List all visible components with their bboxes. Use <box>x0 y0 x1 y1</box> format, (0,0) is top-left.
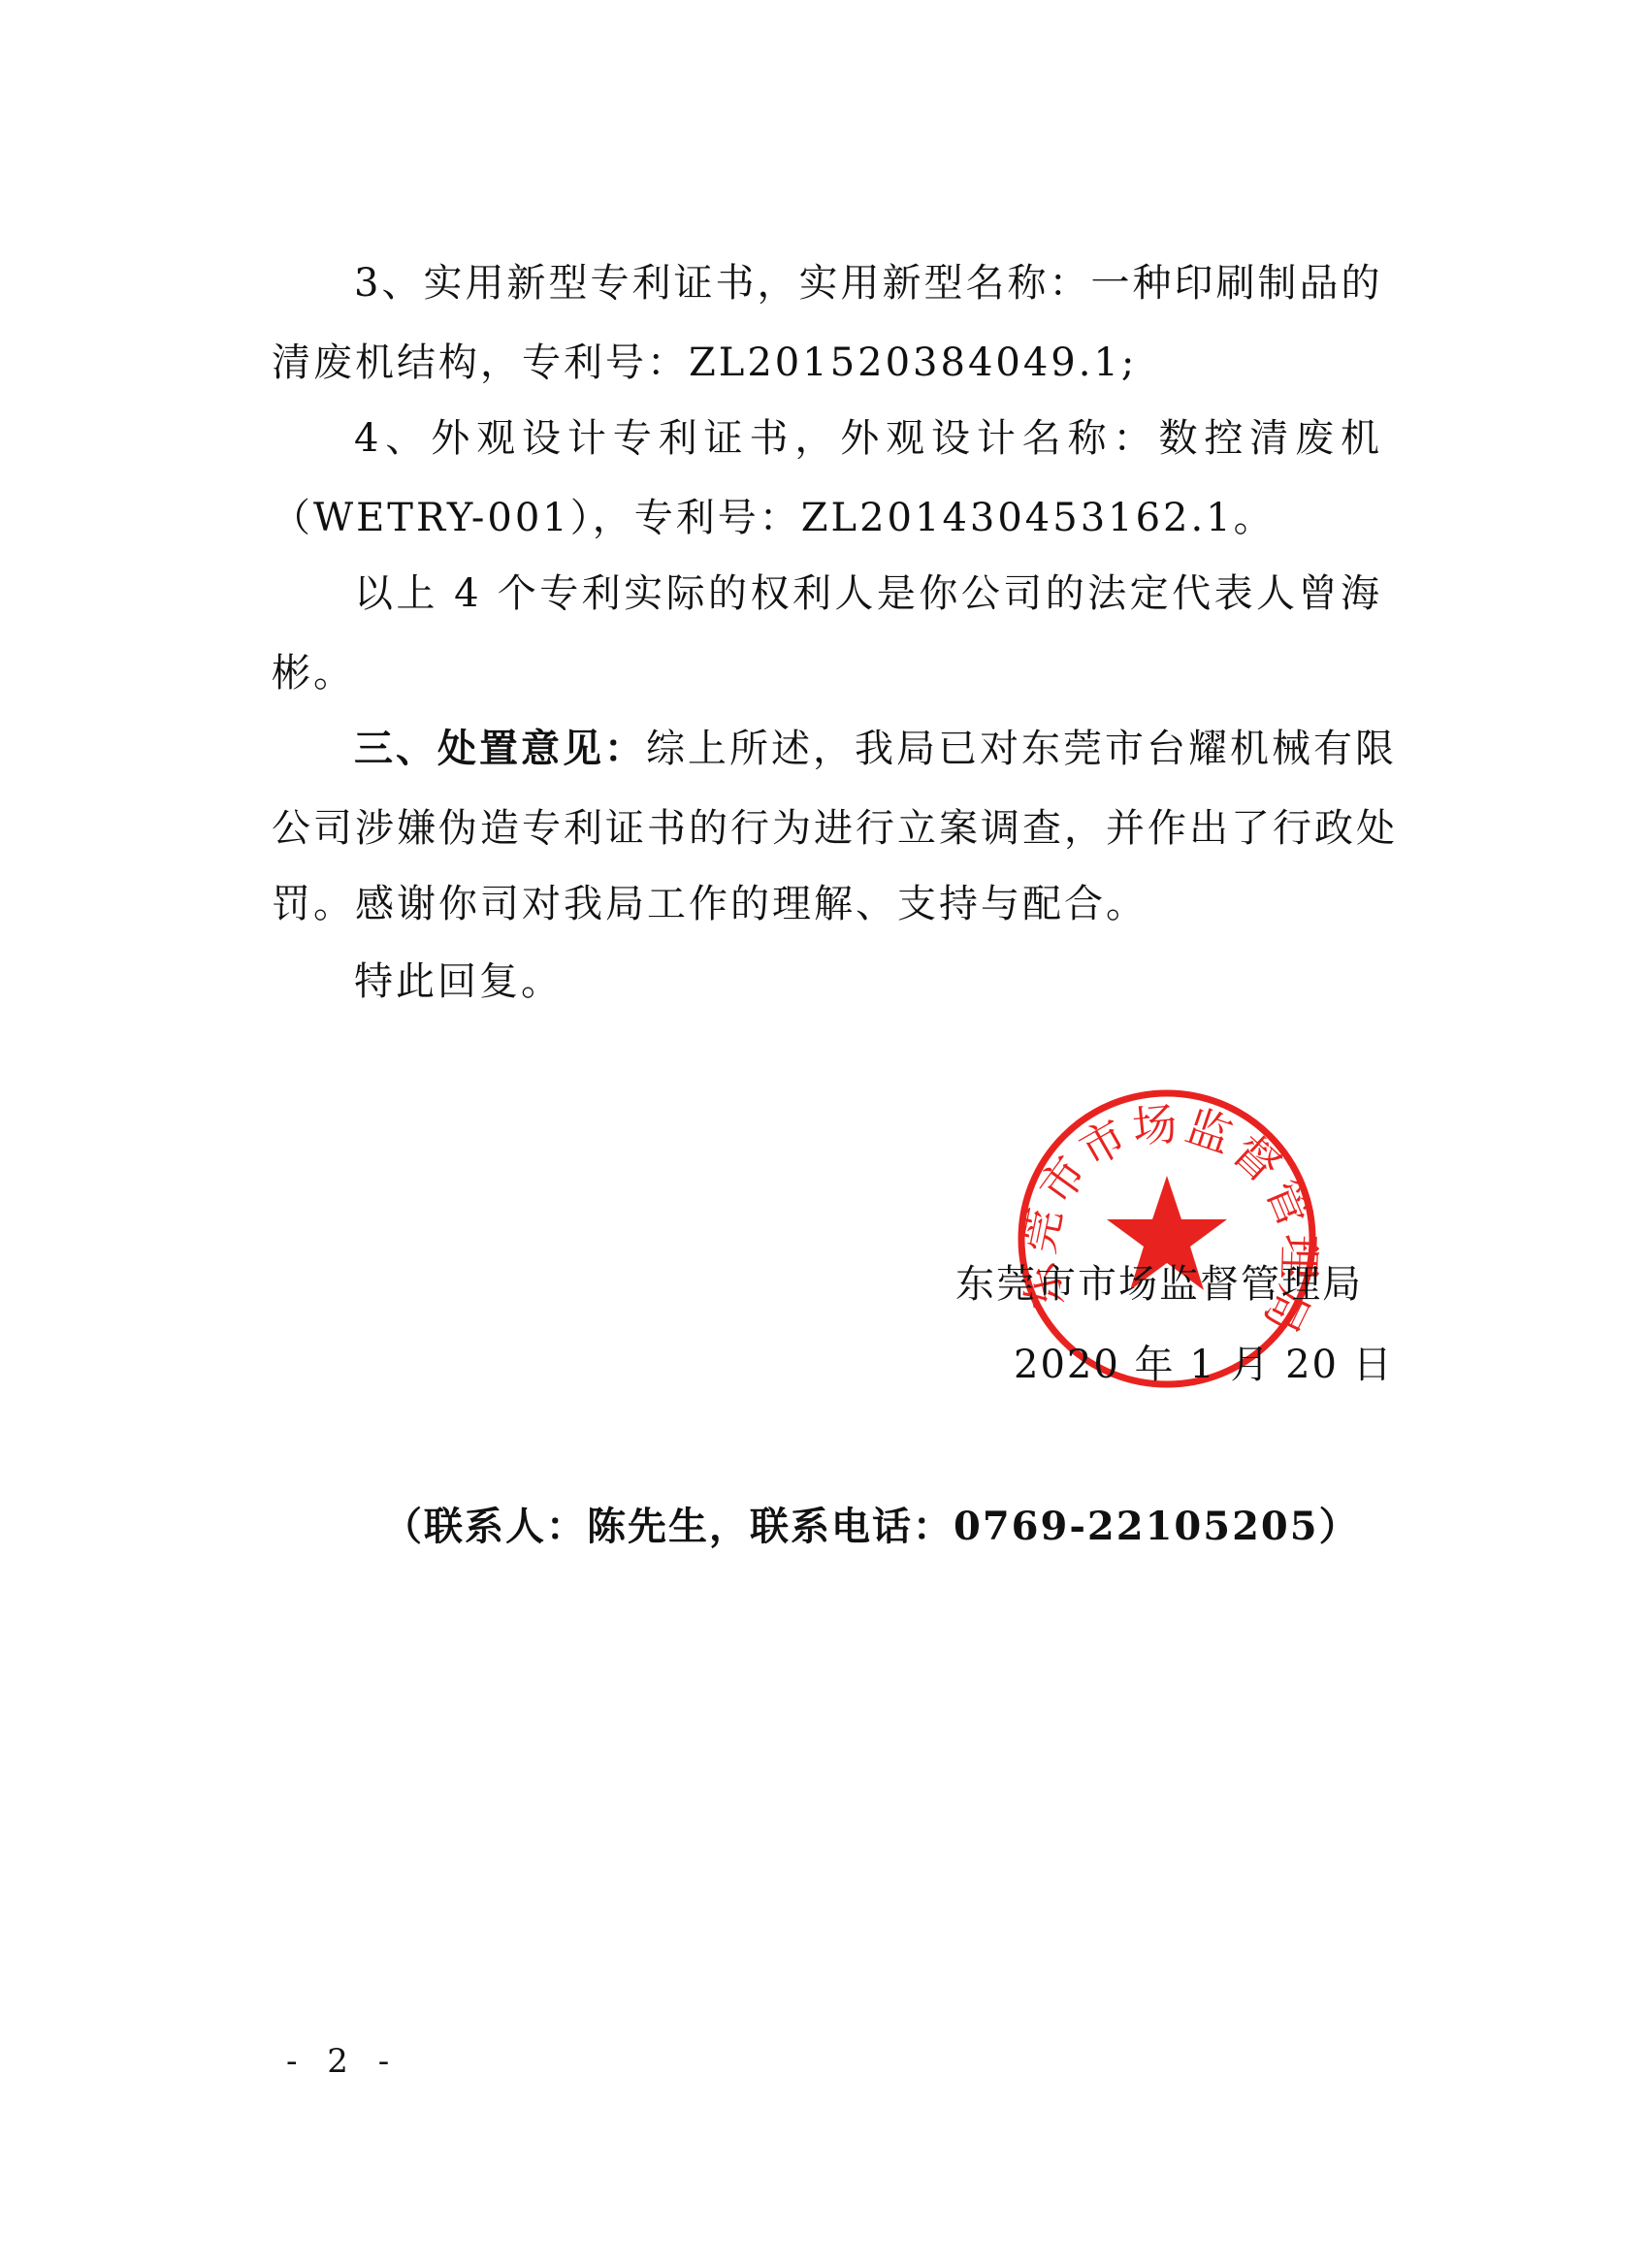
paragraph-rights-holder-line-2: 彬。 <box>272 650 1382 697</box>
signature-date: 2020 年 1 月 20 日 <box>1014 1342 1394 1388</box>
paragraph-item-4-line-1: 4、外观设计专利证书，外观设计名称：数控清废机 <box>354 415 1382 462</box>
paragraph-item-3-line-2: 清废机结构，专利号：ZL201520384049.1; <box>272 340 1382 386</box>
paragraph-item-3-line-1: 3、实用新型专利证书，实用新型名称：一种印刷制品的 <box>354 260 1382 307</box>
paragraph-disposition-line-2: 公司涉嫌伪造专利证书的行为进行立案调查，并作出了行政处 <box>272 805 1382 852</box>
page-number: - 2 - <box>286 2042 399 2081</box>
section-heading-disposition: 三、处置意见： <box>354 726 646 771</box>
paragraph-disposition-line-3: 罚。感谢你司对我局工作的理解、支持与配合。 <box>272 881 1382 927</box>
paragraph-rights-holder-line-1: 以上 4 个专利实际的权利人是你公司的法定代表人曾海 <box>354 570 1382 617</box>
paragraph-item-4-line-2: （WETRY-001），专利号：ZL201430453162.1。 <box>272 495 1382 541</box>
document-page: 3、实用新型专利证书，实用新型名称：一种印刷制品的 清废机结构，专利号：ZL20… <box>0 0 1649 2268</box>
disposition-text-1: 综上所述，我局已对东莞市台耀机械有限 <box>646 727 1397 771</box>
closing-remark: 特此回复。 <box>354 958 1382 1005</box>
paragraph-disposition-line-1: 三、处置意见：综上所述，我局已对东莞市台耀机械有限 <box>354 726 1382 772</box>
signature-organization: 东莞市市场监督管理局 <box>955 1261 1363 1308</box>
contact-info: （联系人：陈先生，联系电话：0769-22105205） <box>383 1504 1360 1550</box>
